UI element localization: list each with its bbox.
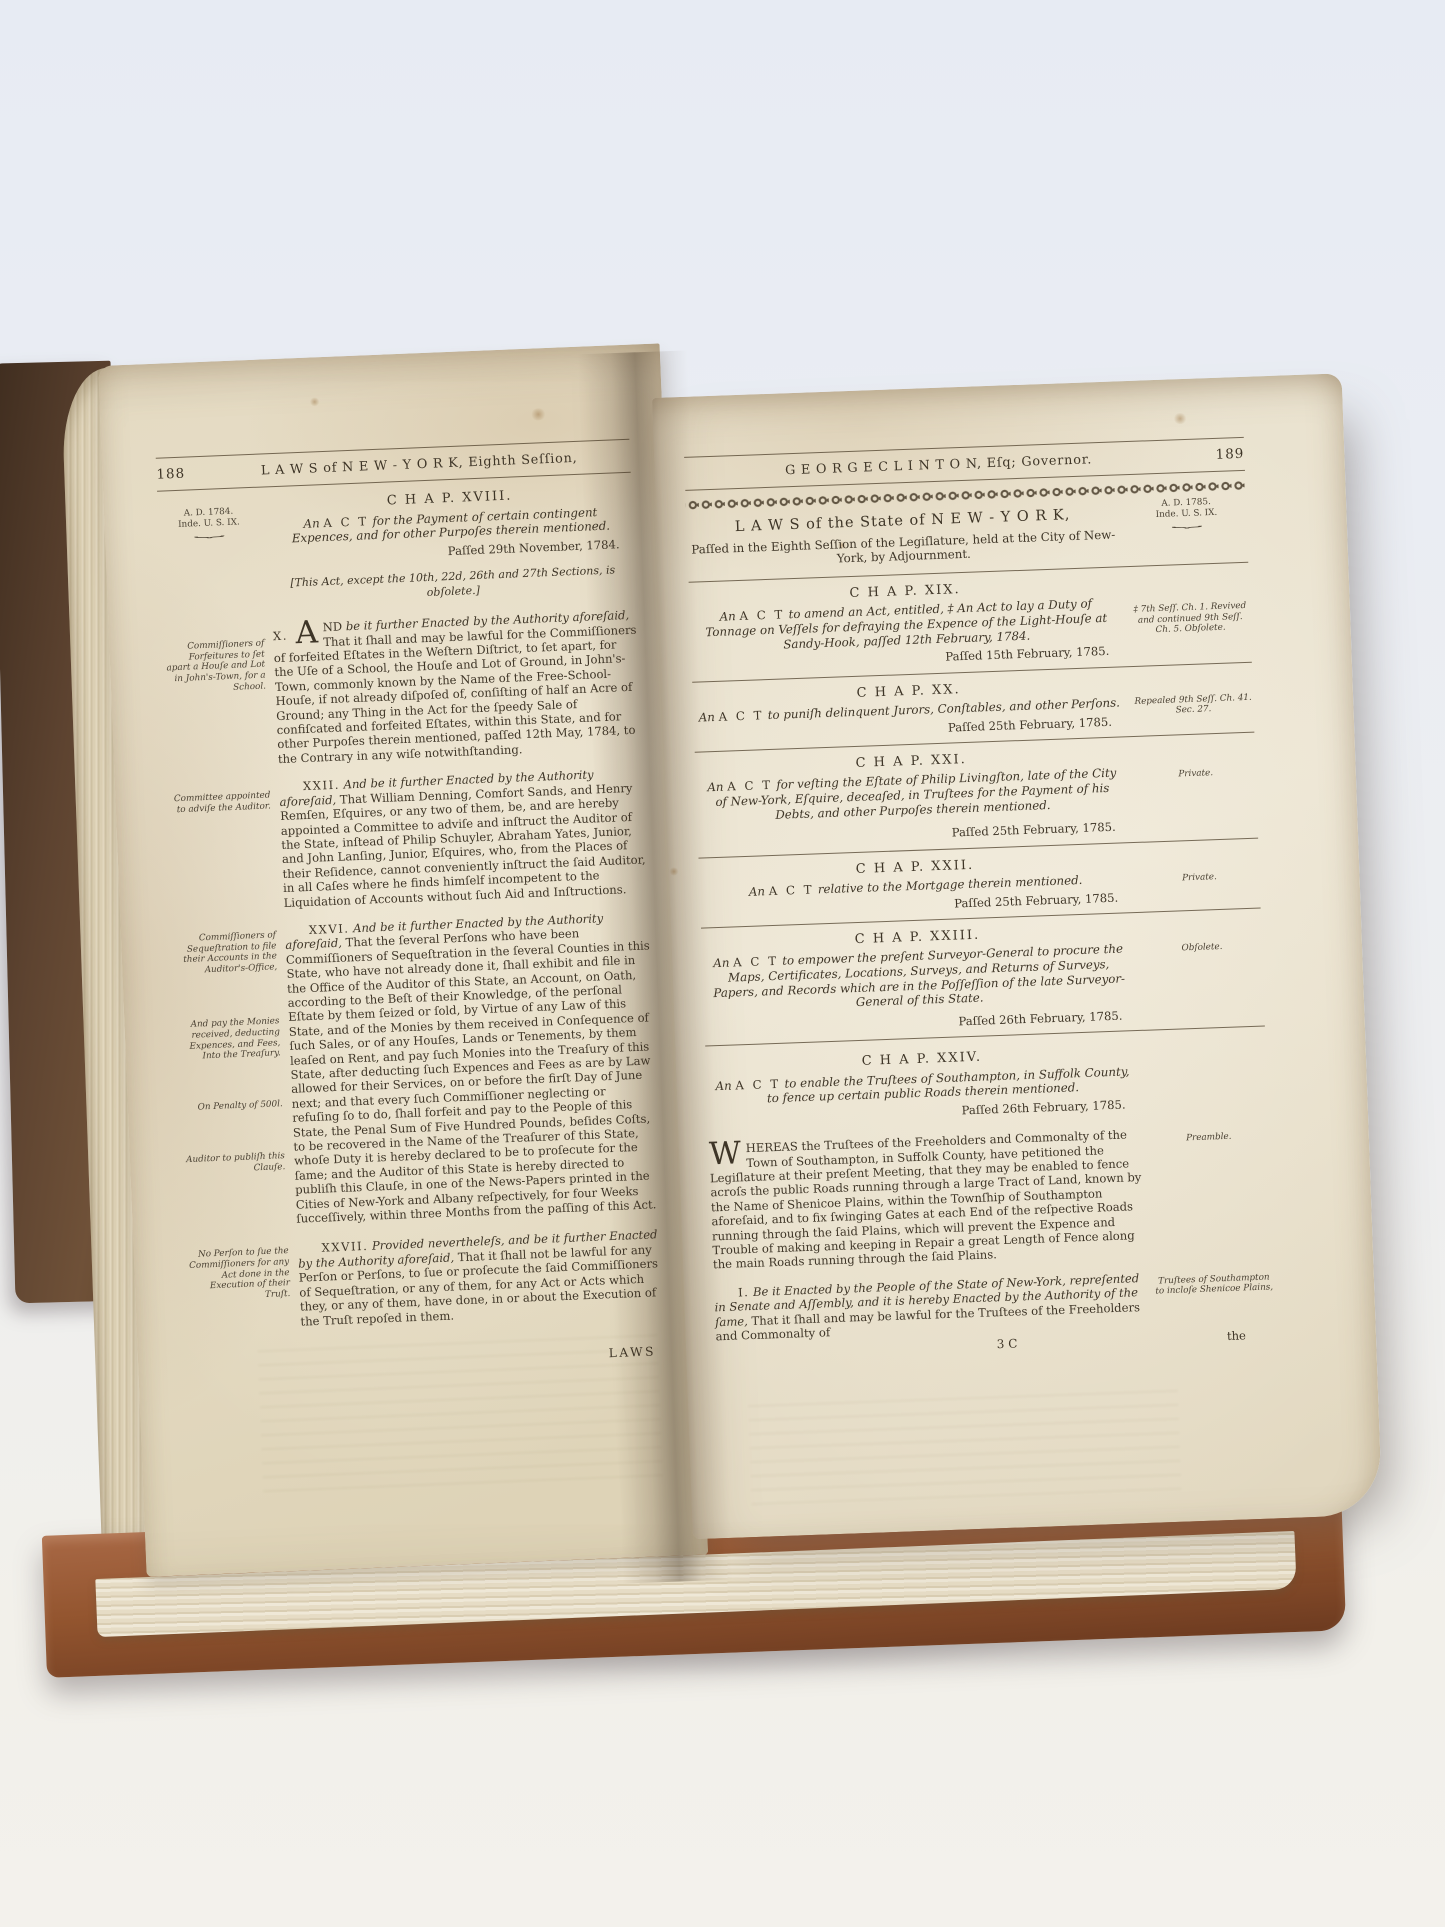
section-1-text: I. Be it Enacted by the People of the St… bbox=[714, 1271, 1148, 1344]
act-label: A C T bbox=[735, 1076, 781, 1092]
margin-date-note: A. D. 1785. Inde. U. S. IX. ⏟ bbox=[1126, 496, 1247, 530]
chapter-21-block: C H A P. XXI. An A C T for veſting the E… bbox=[695, 741, 1258, 850]
dropcap-lead: HEREAS bbox=[746, 1139, 799, 1155]
preamble-paragraph: WHEREAS the Truſtees of the Freeholders … bbox=[709, 1127, 1145, 1272]
running-head-title: L A W S of N E W - Y O R K, Eighth Seſſi… bbox=[208, 450, 630, 481]
act-an: An bbox=[719, 610, 736, 625]
left-page-content: 188 L A W S of N E W - Y O R K, Eighth S… bbox=[156, 437, 667, 1378]
act-an: An bbox=[713, 956, 730, 971]
section-paragraph: XXVI. And be it further Enacted by the A… bbox=[285, 909, 661, 1226]
act-label: A C T bbox=[768, 883, 814, 899]
section-body: That the ſeveral Perſons who have been C… bbox=[286, 926, 657, 1225]
left-margin-column: Committee appointed to adviſe the Audito… bbox=[169, 780, 284, 914]
chapter-24-main: C H A P. XXIV. An A C T to enable the Tr… bbox=[706, 1043, 1140, 1126]
margin-year: A. D. 1784. bbox=[184, 507, 234, 519]
margin-note: Preamble. bbox=[1149, 1131, 1269, 1146]
chapter-23-main: C H A P. XXIII. An A C T to empower the … bbox=[701, 921, 1136, 1038]
right-margin-column: A. D. 1785. Inde. U. S. IX. ⏟ bbox=[1118, 496, 1248, 556]
section-number-dropcap: X. A bbox=[272, 620, 323, 646]
foxing-spot bbox=[1173, 413, 1187, 424]
governor-suffix: Eſq; Governor. bbox=[986, 452, 1092, 471]
page-number: 189 bbox=[1192, 447, 1244, 463]
right-margin-column: Private. bbox=[1127, 741, 1258, 834]
section-paragraph: I. Be it Enacted by the People of the St… bbox=[714, 1271, 1148, 1344]
dropcap-wrap: W bbox=[709, 1141, 747, 1166]
section-xxvii-row: No Perſon to ſue the Commiſſioners for a… bbox=[187, 1228, 664, 1333]
left-margin-column: Commiſſioners of Sequeſtration to file t… bbox=[175, 924, 297, 1231]
page-number: 188 bbox=[156, 466, 209, 482]
foxing-spot bbox=[530, 408, 546, 421]
margin-note: Commiſſioners of Forfeitures to ſet apar… bbox=[163, 639, 266, 696]
dropcap-letter: A bbox=[291, 615, 319, 652]
book-photo: 188 L A W S of N E W - Y O R K, Eighth S… bbox=[0, 0, 1445, 1927]
act-an: An bbox=[715, 1078, 732, 1093]
foxing-spot bbox=[669, 867, 679, 875]
right-page: G E O R G E C L I N T O N, Eſq; Governor… bbox=[652, 373, 1382, 1539]
section-paragraph: XXII. And be it further Enacted by the A… bbox=[279, 766, 648, 910]
chapter-23-block: C H A P. XXIII. An A C T to empower the … bbox=[701, 917, 1264, 1038]
margin-note: Obſolete. bbox=[1142, 941, 1262, 956]
section-xxvi-text: XXVI. And be it further Enacted by the A… bbox=[285, 909, 661, 1226]
act-label: A C T bbox=[727, 778, 773, 794]
chapter-20-main: C H A P. XX. An A C T to puniſh delinque… bbox=[692, 675, 1126, 744]
act-an: An bbox=[699, 710, 716, 725]
act-label: A C T bbox=[718, 708, 764, 724]
act-an: An bbox=[707, 780, 724, 795]
catchword: the bbox=[1148, 1328, 1276, 1347]
act-title-text: for veſting the Eſtate of Philip Livingſ… bbox=[715, 766, 1116, 821]
margin-note: Truſtees of Southampton to incloſe Sheni… bbox=[1154, 1272, 1275, 1297]
foxing-spot bbox=[309, 397, 319, 406]
margin-note: On Penalty of 500l. bbox=[182, 1099, 283, 1114]
section-xxii-row: Committee appointed to adviſe the Audito… bbox=[169, 766, 648, 915]
margin-note: No Perſon to ſue the Commiſſioners for a… bbox=[188, 1247, 291, 1304]
chapter-19-block: C H A P. XIX. An A C T to amend an Act, … bbox=[689, 571, 1252, 674]
section-paragraph: XXVII. Provided nevertheleſs, and be it … bbox=[297, 1228, 664, 1329]
right-margin-column: Preamble. bbox=[1140, 1123, 1273, 1257]
margin-note: Private. bbox=[1139, 870, 1259, 885]
right-margin-column: ‡ 7th Seſſ. Ch. 1. Revived and continued… bbox=[1121, 571, 1252, 658]
right-margin-column: Truſtees of Southampton to incloſe Sheni… bbox=[1146, 1266, 1276, 1328]
margin-note bbox=[1145, 1039, 1265, 1043]
chapter-18-block: A. D. 1784. Inde. U. S. IX. ⏟ C H A P. X… bbox=[158, 483, 636, 611]
left-margin-column: No Perſon to ſue the Commiſſioners for a… bbox=[187, 1242, 300, 1333]
chapter-24-block: C H A P. XXIV. An A C T to enable the Tr… bbox=[706, 1039, 1268, 1127]
act-title-text: to amend an Act, entitled, ‡ An Act to l… bbox=[705, 597, 1107, 651]
dropcap-letter: W bbox=[708, 1136, 741, 1173]
margin-note: Private. bbox=[1136, 767, 1256, 782]
section-body: That it ſhall and may be lawful for the … bbox=[274, 622, 637, 766]
left-margin-column: Commiſſioners of Forfeitures to ſet apar… bbox=[163, 622, 279, 770]
margin-year: A. D. 1785. bbox=[1161, 497, 1211, 509]
chapter-22-main: C H A P. XXII. An A C T relative to the … bbox=[699, 851, 1133, 920]
preamble-text: WHEREAS the Truſtees of the Freeholders … bbox=[709, 1127, 1145, 1272]
section-xxii-text: XXII. And be it further Enacted by the A… bbox=[279, 766, 648, 910]
right-margin-column bbox=[1137, 1039, 1267, 1112]
margin-note: And pay the Monies received, deducting E… bbox=[178, 1017, 281, 1063]
act-label: A C T bbox=[739, 608, 785, 624]
margin-date-note: A. D. 1784. Inde. U. S. IX. ⏟ bbox=[158, 506, 260, 540]
section-x-text: X. AND be it further Enacted by the Auth… bbox=[272, 608, 641, 767]
margin-note: Auditor to publiſh this Clauſe. bbox=[184, 1151, 286, 1176]
margin-note: Committee appointed to adviſe the Audito… bbox=[169, 791, 271, 816]
dropcap-lead: ND bbox=[322, 620, 342, 635]
margin-note: Commiſſioners of Sequeſtration to file t… bbox=[175, 930, 278, 976]
section-paragraph: X. AND be it further Enacted by the Auth… bbox=[272, 608, 641, 767]
section-xxvii-text: XXVII. Provided nevertheleſs, and be it … bbox=[297, 1228, 664, 1329]
chapter-21-main: C H A P. XXI. An A C T for veſting the E… bbox=[695, 745, 1130, 849]
act-title: An A C T to empower the preſent Surveyor… bbox=[702, 942, 1136, 1016]
chapter-20-block: C H A P. XX. An A C T to puniſh delinque… bbox=[692, 670, 1254, 743]
act-an: An bbox=[749, 884, 766, 899]
left-margin-column: A. D. 1784. Inde. U. S. IX. ⏟ bbox=[158, 498, 272, 611]
right-page-content: G E O R G E C L I N T O N, Eſq; Governor… bbox=[684, 435, 1276, 1362]
act-label: A C T bbox=[733, 954, 779, 970]
left-page: 188 L A W S of N E W - Y O R K, Eighth S… bbox=[98, 343, 708, 1577]
preamble-row: WHEREAS the Truſtees of the Freeholders … bbox=[709, 1123, 1273, 1273]
governor-name: G E O R G E C L I N T O N, bbox=[785, 456, 982, 478]
section-x-row: Commiſſioners of Forfeitures to ſet apar… bbox=[163, 608, 642, 771]
section-xxvi-row: Commiſſioners of Sequeſtration to file t… bbox=[175, 909, 661, 1230]
show-through-text bbox=[748, 1390, 1181, 1505]
right-margin-column: Obſolete. bbox=[1133, 917, 1265, 1023]
act-title-text: to empower the preſent Surveyor-General … bbox=[713, 942, 1125, 1009]
right-margin-column: Private. bbox=[1131, 846, 1261, 904]
chapter-22-block: C H A P. XXII. An A C T relative to the … bbox=[699, 846, 1261, 919]
margin-note: Repealed 9th Seſſ. Ch. 41. Sec. 27. bbox=[1133, 692, 1254, 717]
obsolete-note: [This Act, except the 10th, 22d, 26th an… bbox=[271, 563, 636, 606]
margin-note: ‡ 7th Seſſ. Ch. 1. Revived and continued… bbox=[1130, 601, 1251, 637]
right-margin-column: Repealed 9th Seſſ. Ch. 41. Sec. 27. bbox=[1124, 670, 1254, 728]
chapter-18-main: C H A P. XVIII. An A C T for the Payment… bbox=[267, 483, 635, 606]
chapter-19-main: C H A P. XIX. An A C T to amend an Act, … bbox=[689, 575, 1124, 673]
